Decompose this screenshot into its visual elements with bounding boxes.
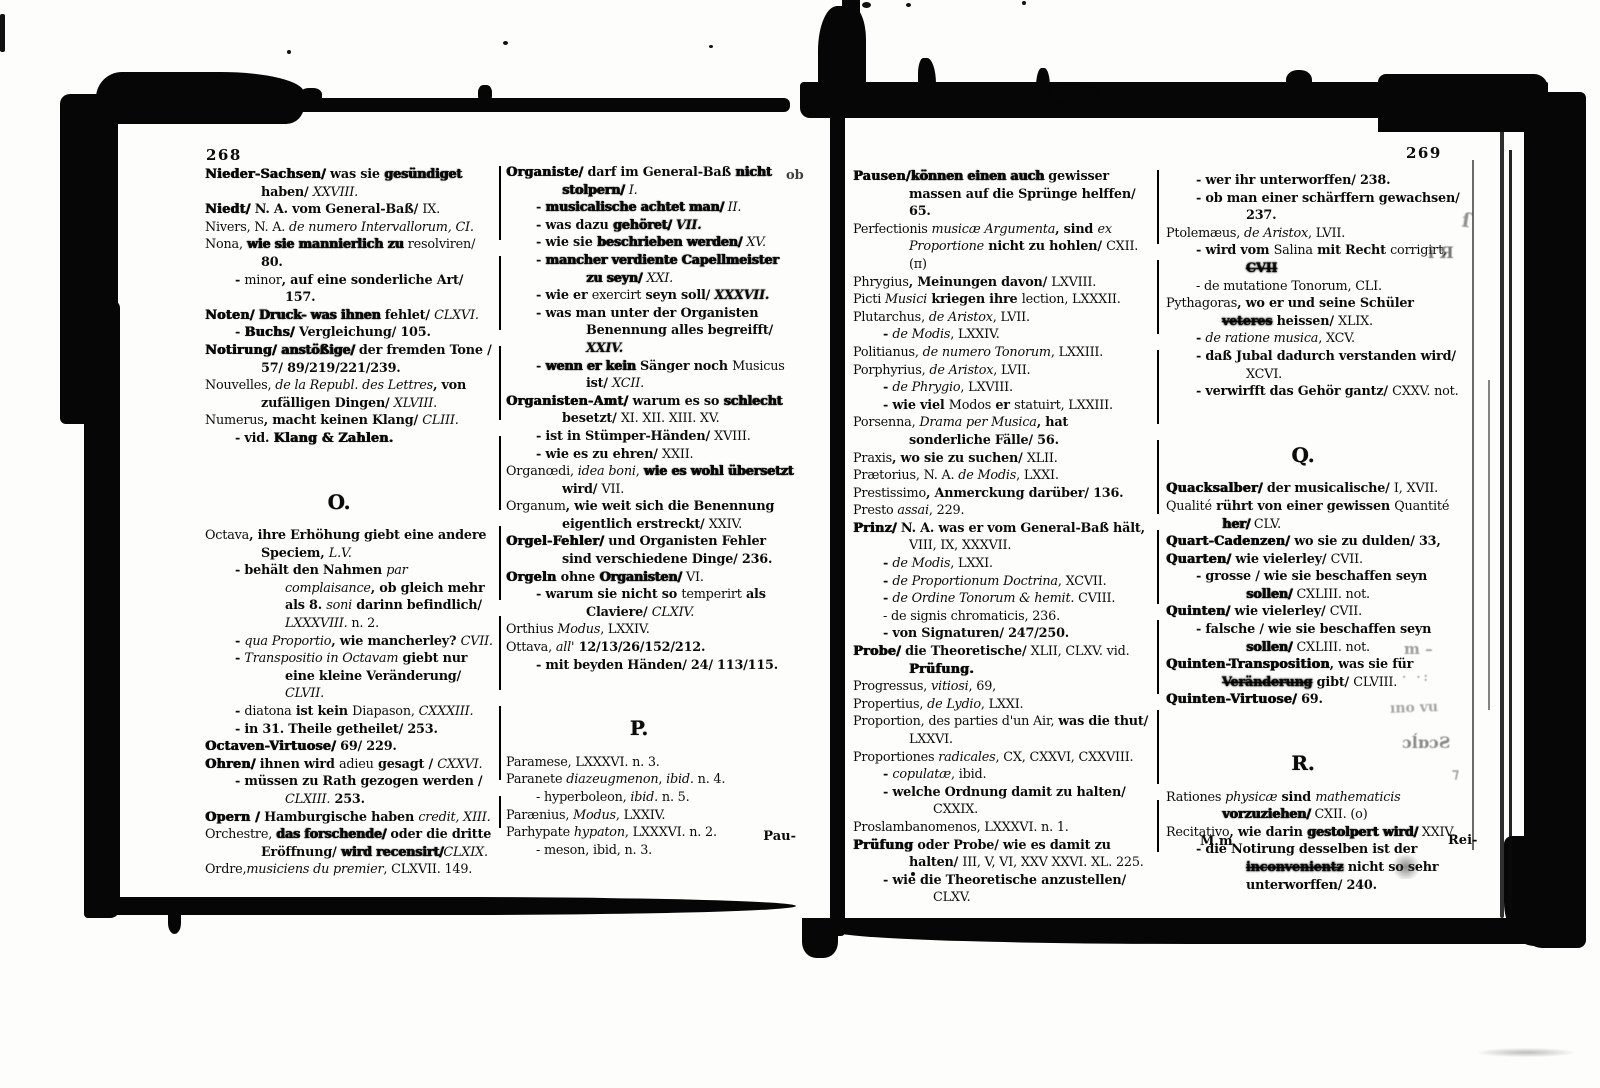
text-run: Proportion: [853, 714, 921, 729]
text-run: III, V, VI, XXV XXVI. XL. 225.: [962, 855, 1143, 870]
binding-streak: [1500, 128, 1504, 918]
text-run: Prætorius: [853, 468, 916, 483]
index-entry: Prinz/ N. A. was er vom General-Baß hält…: [853, 520, 1152, 555]
text-run: , LXXIV.: [600, 622, 649, 637]
text-run: - müssen zu Rath gezogen werden /: [235, 774, 482, 789]
text-run: das forschende/: [276, 827, 386, 842]
text-run: idea boni: [578, 464, 636, 479]
index-entry: Porphyrius, de Aristox, LVII.: [853, 362, 1152, 380]
text-run: XVIII.: [714, 429, 750, 444]
text-run: , wo er und seine Schüler: [1237, 296, 1414, 311]
text-run: 80.: [261, 255, 283, 270]
text-run: darf im General-Baß: [583, 165, 735, 180]
text-run: XXXVII.: [714, 288, 769, 303]
bleed-through-mark: i Я: [1428, 243, 1454, 262]
index-entry: Prestissimo, Anmerckung darüber/ 136.: [853, 485, 1152, 503]
text-run: Vergleichung/ 105.: [295, 325, 431, 340]
column-rule-left-page: [499, 166, 501, 828]
text-run: Organisten/: [599, 570, 681, 585]
text-run: wird recensirt/: [341, 845, 444, 860]
text-run: wie es wohl übersetzt: [644, 464, 794, 479]
signature-mark: M m: [1200, 834, 1233, 849]
index-subentry: - de Ordine Tonorum & hemit. CVIII.: [853, 590, 1152, 608]
text-run: Notirung/: [205, 343, 277, 358]
text-run: - wer ihr unterworffen/ 238.: [1196, 173, 1390, 188]
text-run: wird/: [562, 482, 602, 497]
text-run: Modus: [573, 808, 616, 823]
text-run: CLXVI.: [434, 308, 479, 323]
index-entry: Porsenna, Drama per Musica, hat sonderli…: [853, 414, 1152, 449]
text-run: - in 31. Theile getheilet/ 253.: [235, 722, 438, 737]
text-run: XLIX.: [1338, 314, 1373, 329]
index-entry: Numerus, macht keinen Klang/ CLIII.: [205, 412, 497, 430]
gutter-shadow: [830, 108, 845, 936]
text-run: de Lydio: [927, 697, 981, 712]
index-entry: Orgeln ohne Organisten/ VI.: [506, 569, 796, 587]
text-run: Ottava: [506, 640, 548, 655]
text-run: , LXXI.: [950, 556, 993, 571]
text-run: , LXXXVI. n. 3.: [568, 755, 660, 770]
text-run: -: [235, 273, 244, 288]
index-subentry: - diatona ist kein Diapason, CXXXIII.: [205, 703, 497, 721]
text-run: Qualité: [1166, 499, 1212, 514]
index-entry: Prætorius, N. A. de Modis, LXXI.: [853, 467, 1152, 485]
index-entry: Quarten/ wie vielerley/ CVII.: [1166, 551, 1464, 569]
text-run: CLV.: [1250, 517, 1281, 532]
ink-speck: [503, 41, 508, 45]
index-subentry: - welche Ordnung damit zu halten/ CXXIX.: [853, 784, 1152, 819]
text-run: was sie: [326, 167, 384, 182]
text-run: ,: [915, 345, 923, 360]
text-run: CXLIII. not.: [1296, 640, 1369, 655]
text-run: Quacksalber/: [1166, 481, 1263, 496]
text-run: L.V.: [329, 546, 352, 561]
text-run: Paranete: [506, 772, 562, 787]
index-entry: Opern / Hamburgische haben credit, XIII.: [205, 809, 497, 827]
section-heading: Q.: [1166, 447, 1440, 465]
text-run: , N. A.: [247, 220, 289, 235]
text-run: credit, XIII.: [418, 810, 490, 825]
text-run: , LXXIV.: [950, 327, 999, 342]
bleed-through-mark: ⁊: [1452, 766, 1459, 782]
index-entry: Noten/ Druck- was ihnen fehlet/ CLXVI.: [205, 307, 497, 325]
index-subentry: - wenn er kein Sänger noch Musicus ist/ …: [506, 358, 796, 393]
text-run: , 69,: [969, 679, 997, 694]
ink-smudge: [1390, 855, 1422, 879]
text-run: CLXV.: [933, 890, 970, 905]
index-subentry: - wird vom Salina mit Recht corrigirt, C…: [1166, 242, 1464, 277]
index-subentry: - copulatæ, ibid.: [853, 766, 1152, 784]
text-run: , wie mancherley?: [331, 634, 460, 649]
index-entry: Proslambanomenos, LXXXVI. n. 1.: [853, 819, 1152, 837]
index-subentry: - minor, auf eine sonderliche Art/ 157.: [205, 272, 497, 307]
text-run: vid.: [1103, 644, 1130, 659]
text-run: - de mutatione Tonorum, CLI.: [1196, 279, 1382, 294]
index-subentry: - vid. Klang & Zahlen.: [205, 430, 497, 448]
index-entry: Praxis, wo sie zu suchen/ XLII.: [853, 450, 1152, 468]
text-run: Quart-Cadenzen/: [1166, 534, 1290, 549]
text-run: de la Republ. des Lettres: [275, 378, 433, 393]
text-run: seyn soll/: [641, 288, 714, 303]
text-run: soni: [326, 598, 352, 613]
text-run: Nona: [205, 237, 239, 252]
text-run: Probe/: [853, 644, 901, 659]
scan-border-corner-blob: [1378, 74, 1548, 132]
text-run: vitiosi: [931, 679, 969, 694]
text-run: -: [883, 767, 892, 782]
ink-speck: [911, 872, 915, 876]
text-run: diazeugmenon: [566, 772, 658, 787]
index-entry: Quart-Cadenzen/ wo sie zu dulden/ 33,: [1166, 533, 1464, 551]
text-run: Organœdi: [506, 464, 570, 479]
text-run: nicht zu hohlen/: [984, 239, 1106, 254]
text-run: Picti: [853, 292, 881, 307]
right-page-column-2: - wer ihr unterworffen/ 238.- ob man ein…: [1166, 172, 1464, 894]
index-entry: Orchestre, das forschende/ oder die drit…: [205, 826, 497, 861]
text-run: XLII.: [1027, 451, 1058, 466]
text-run: Buchs/: [244, 325, 294, 340]
index-subentry: - Transpositio in Octavam giebt nur eine…: [205, 650, 497, 703]
text-run: gesagt /: [374, 757, 437, 772]
text-run: - was man unter der Organisten Benennung…: [536, 306, 773, 339]
index-subentry: - qua Proportio, wie mancherley? CVII.: [205, 633, 497, 651]
text-run: , CX, CXXVI, CXXVIII.: [996, 750, 1134, 765]
text-run: gibt/: [1312, 675, 1353, 690]
text-run: Nivers: [205, 220, 247, 235]
text-run: CXXVI.: [437, 757, 482, 772]
text-run: sollen/: [1246, 640, 1292, 655]
text-run: - welche Ordnung damit zu halten/: [883, 785, 1126, 800]
index-entry: Nouvelles, de la Republ. des Lettres, vo…: [205, 377, 497, 412]
text-run: - daß Jubal dadurch verstanden wird/: [1196, 349, 1456, 364]
ink-speck: [862, 2, 871, 8]
text-run: -: [235, 634, 244, 649]
index-entry: Organœdi, idea boni, wie es wohl überset…: [506, 463, 796, 498]
bleed-through-mark: · ·:: [1402, 670, 1431, 684]
scan-border-bottom-band: [88, 897, 796, 915]
text-run: Klang & Zahlen.: [274, 431, 394, 446]
text-run: Paramese: [506, 755, 568, 770]
index-entry: Niedt/ N. A. vom General-Baß/ IX.: [205, 201, 497, 219]
index-subentry: - ob man einer schärffern gewachsen/ 237…: [1166, 190, 1464, 225]
text-run: Prinz/: [853, 521, 897, 536]
text-run: Musici: [885, 292, 927, 307]
text-run: , LXXIII.: [1051, 345, 1103, 360]
text-run: Rationes: [1166, 790, 1221, 805]
text-run: - mit beyden Händen/ 24/ 113/115.: [536, 658, 778, 673]
text-run: Orgel-Fehler/: [506, 534, 604, 549]
index-entry: Ohren/ ihnen wird adieu gesagt / CXXVI.: [205, 756, 497, 774]
index-subentry: - Buchs/ Vergleichung/ 105.: [205, 324, 497, 342]
text-run: er: [991, 398, 1014, 413]
text-run: - ist in Stümper-Händen/: [536, 429, 714, 444]
text-run: , LXXXVI. n. 1.: [977, 820, 1069, 835]
text-run: CVII.: [1331, 552, 1363, 567]
bleed-through-mark: ɔĺɒɔƧ: [1402, 733, 1450, 752]
text-run: assai: [897, 503, 929, 518]
index-subentry: - was man unter der Organisten Benennung…: [506, 305, 796, 358]
text-run: Orthius: [506, 622, 554, 637]
scan-border-top-band: [108, 98, 790, 112]
text-run: XCVI.: [1246, 367, 1282, 382]
text-run: I.: [629, 183, 638, 198]
text-run: CXLIII. not.: [1296, 587, 1369, 602]
text-run: ,: [548, 640, 556, 655]
index-entry: Politianus, de numero Tonorum, LXXIII.: [853, 344, 1152, 362]
text-run: Parænius: [506, 808, 565, 823]
left-page-column-2: Organiste/ darf im General-Baß nicht sto…: [506, 164, 796, 859]
text-run: XV.: [746, 235, 766, 250]
text-run: - von Signaturen/ 247/250.: [883, 626, 1069, 641]
index-entry: Perfectionis musicæ Argumenta, sind ex P…: [853, 221, 1152, 274]
text-run: n. 2.: [348, 616, 379, 631]
text-run: darinn befindlich/: [352, 598, 482, 613]
text-run: CXXV. not.: [1392, 384, 1458, 399]
index-entry: Propertius, de Lydio, LXXI.: [853, 696, 1152, 714]
text-run: - warum sie nicht so: [536, 587, 681, 602]
text-run: Hamburgische haben: [260, 810, 419, 825]
text-run: Quarten/: [1166, 552, 1231, 567]
text-run: sind: [1277, 790, 1315, 805]
index-subentry: - de mutatione Tonorum, CLI.: [1166, 278, 1464, 296]
index-entry: Rationes physicæ sind mathematicis vorzu…: [1166, 789, 1464, 824]
text-run: I, XVII.: [1394, 481, 1438, 496]
text-run: Nieder-Sachsen/: [205, 167, 326, 182]
text-run: - ob man einer schärffern gewachsen/ 237…: [1196, 191, 1460, 224]
text-run: ,: [268, 827, 276, 842]
text-run: Plutarchus: [853, 310, 921, 325]
text-run: physicæ: [1225, 790, 1277, 805]
index-entry: Orthius Modus, LXXIV.: [506, 621, 796, 639]
right-page-column-1: Pausen/können einen auch gewisser massen…: [853, 168, 1152, 907]
text-run: - wie er: [536, 288, 592, 303]
text-run: , LXXIV.: [616, 808, 665, 823]
scan-border-bottom-band: [832, 918, 1548, 944]
index-subentry: - wer ihr unterworffen/ 238.: [1166, 172, 1464, 190]
text-run: Quantité: [1394, 499, 1449, 514]
text-run: gestolpert wird/: [1307, 825, 1418, 840]
index-entry: Orgel-Fehler/ und Organisten Fehler sind…: [506, 533, 796, 568]
text-run: , XCV.: [1318, 331, 1355, 346]
text-run: Diapason,: [352, 704, 418, 719]
index-entry: Quinten/ wie vielerley/ CVII.: [1166, 603, 1464, 621]
text-run: Parhypate: [506, 825, 570, 840]
text-run: de Proportionum Doctrina: [892, 574, 1057, 589]
text-run: Politianus: [853, 345, 915, 360]
index-subentry: - mancher verdiente Capellmeister zu sey…: [506, 252, 796, 287]
text-run: VIII, IX, XXXVII.: [909, 538, 1011, 553]
text-run: Prestissimo: [853, 486, 926, 501]
index-entry: Nivers, N. A. de numero Intervallorum, C…: [205, 219, 497, 237]
text-run: ist kein: [292, 704, 353, 719]
text-run: CLXIX.: [443, 845, 487, 860]
index-entry: Pausen/können einen auch gewisser massen…: [853, 168, 1152, 221]
index-subentry: - de Phrygio, LXVIII.: [853, 379, 1152, 397]
text-run: Ordre,: [205, 862, 246, 877]
index-entry: Proportiones radicales, CX, CXXVI, CXXVI…: [853, 749, 1152, 767]
text-run: Pythagoras: [1166, 296, 1237, 311]
text-run: Porphyrius: [853, 363, 922, 378]
text-run: CVII.: [1330, 604, 1362, 619]
text-run: radicales: [938, 750, 995, 765]
text-run: wie sie mannierlich zu: [247, 237, 408, 252]
text-run: Nouvelles: [205, 378, 267, 393]
text-run: Niedt/: [205, 202, 250, 217]
text-run: ,: [239, 237, 247, 252]
text-run: , Anmerckung darüber/ 136.: [926, 486, 1123, 501]
text-run: de Ordine Tonorum & hemit.: [892, 591, 1074, 606]
text-run: de numero Tonorum: [923, 345, 1051, 360]
text-run: de ratione musica: [1205, 331, 1318, 346]
text-run: warum es so: [628, 394, 723, 409]
text-run: - was dazu: [536, 218, 613, 233]
index-entry: Paramese, LXXXVI. n. 3.: [506, 754, 796, 772]
catchword-left-page: Pau-: [700, 829, 796, 844]
text-run: Proslambanomenos: [853, 820, 977, 835]
index-entry: Quacksalber/ der musicalische/ I, XVII.: [1166, 480, 1464, 498]
index-subentry: - von Signaturen/ 247/250.: [853, 625, 1152, 643]
text-run: mathematicis: [1315, 790, 1400, 805]
text-run: rührt von einer gewissen: [1212, 499, 1394, 514]
text-run: CXXIX.: [933, 802, 978, 817]
text-run: -: [536, 359, 545, 374]
text-run: CLVII.: [285, 686, 324, 701]
text-run: - wie viel: [883, 398, 949, 413]
text-run: -: [536, 253, 545, 268]
page-number-right: 269: [1406, 144, 1442, 162]
index-subentry: - wie die Theoretische anzustellen/ CLXV…: [853, 872, 1152, 907]
text-run: CXXXIII.: [419, 704, 474, 719]
text-run: n. 5.: [658, 790, 689, 805]
text-run: , ibid.: [951, 767, 986, 782]
index-entry: Ptolemæus, de Aristox, LVII.: [1166, 225, 1464, 243]
ink-speck: [0, 14, 5, 52]
text-run: n. 4.: [694, 772, 725, 787]
index-entry: Parænius, Modus, LXXIV.: [506, 807, 796, 825]
text-run: Perfectionis: [853, 222, 928, 237]
text-run: CVII.: [461, 634, 493, 649]
text-run: LXVIII.: [1051, 275, 1096, 290]
text-run: sollen/: [1246, 587, 1292, 602]
text-run: Organisten-Amt/: [506, 394, 628, 409]
text-run: musiciens du premier: [246, 862, 383, 877]
text-run: CXII. (o): [1311, 807, 1368, 822]
index-entry: Presto assai, 229.: [853, 502, 1152, 520]
text-run: wenn er kein: [545, 359, 635, 374]
text-run: Quinten-Virtuose/: [1166, 692, 1297, 707]
text-run: ,: [1236, 226, 1244, 241]
index-subentry: - wie viel Modos er statuirt, LXXIII.: [853, 397, 1152, 415]
text-run: adieu: [339, 757, 374, 772]
text-run: -: [235, 651, 244, 666]
text-run: der musicalische/: [1263, 481, 1394, 496]
text-run: - vid.: [235, 431, 274, 446]
text-run: musicalische achtet man/: [545, 200, 723, 215]
text-run: diatona: [244, 704, 291, 719]
index-entry: Pythagoras, wo er und seine Schüler vete…: [1166, 295, 1464, 330]
text-run: Ptolemæus: [1166, 226, 1236, 241]
index-entry: Progressus, vitiosi, 69,: [853, 678, 1152, 696]
text-run: - grosse / wie sie beschaffen seyn: [1196, 569, 1427, 584]
text-run: , des parties d'un Air,: [921, 714, 1059, 729]
text-run: , LVII.: [993, 310, 1030, 325]
text-run: de numero Intervallorum: [289, 220, 448, 235]
text-run: XLII, CLXV.: [1031, 644, 1103, 659]
text-run: CLVIII.: [1353, 675, 1397, 690]
scan-border-blob: [918, 58, 936, 110]
text-run: - falsche / wie sie beschaffen seyn: [1196, 622, 1431, 637]
text-run: Organiste/: [506, 165, 583, 180]
text-run: - wie sie: [536, 235, 597, 250]
text-run: Orgeln: [506, 570, 556, 585]
text-run: XCII.: [612, 376, 644, 391]
bleed-through-mark: m –: [1404, 640, 1433, 658]
cut-off-text: ob: [786, 168, 804, 183]
text-run: Porsenna: [853, 415, 912, 430]
text-run: -: [235, 704, 244, 719]
text-run: - wie die Theoretische anzustellen/: [883, 873, 1126, 888]
text-run: - verwirfft das Gehör gantz/: [1196, 384, 1392, 399]
binding-streak: [1472, 160, 1474, 850]
text-run: -: [1196, 331, 1205, 346]
index-entry: Nona, wie sie mannierlich zu resolviren/…: [205, 236, 497, 271]
text-run: 12/13/26/152/212.: [574, 640, 705, 655]
text-run: exercirt: [592, 288, 641, 303]
text-run: Numerus: [205, 413, 264, 428]
text-run: XXIV.: [586, 341, 623, 356]
text-run: R.: [1291, 751, 1314, 775]
text-run: veteres: [1222, 314, 1272, 329]
text-run: -: [883, 556, 892, 571]
text-run: , wie weit sich die Benennung eigentlich…: [562, 499, 774, 532]
text-run: -: [883, 574, 892, 589]
text-run: ,: [919, 697, 927, 712]
text-run: P.: [630, 716, 648, 740]
index-subentry: - de Modis, LXXIV.: [853, 326, 1152, 344]
index-entry: Picti Musici kriegen ihre lection, LXXXI…: [853, 291, 1152, 309]
text-run: Quinten-Transposition: [1166, 657, 1330, 672]
ink-speck: [287, 50, 291, 54]
text-run: lection: [1022, 292, 1065, 307]
text-run: LXXVI.: [909, 732, 953, 747]
text-run: , LXXI.: [1016, 468, 1059, 483]
page-number-left: 268: [206, 146, 242, 164]
index-subentry: - verwirfft das Gehör gantz/ CXXV. not.: [1166, 383, 1464, 401]
index-subentry: - de Modis, LXXI.: [853, 555, 1152, 573]
index-subentry: - behält den Nahmen par complaisance, ob…: [205, 562, 497, 632]
index-subentry: - müssen zu Rath gezogen werden / CLXIII…: [205, 773, 497, 808]
text-run: - de signis chromaticis, 236.: [883, 609, 1060, 624]
index-subentry: - warum sie nicht so temperirt als Clavi…: [506, 586, 796, 621]
text-run: , 229.: [929, 503, 964, 518]
text-run: Ohren/: [205, 757, 256, 772]
text-run: vorzuziehen/: [1222, 807, 1311, 822]
text-run: Proportiones: [853, 750, 934, 765]
index-entry: Octaven-Virtuose/ 69/ 229.: [205, 738, 497, 756]
text-run: wie vielerley/: [1231, 552, 1330, 567]
text-run: Octava: [205, 528, 249, 543]
text-run: N. A. was er vom General-Baß hält,: [897, 521, 1145, 536]
text-run: beschrieben werden/: [597, 235, 742, 250]
ink-speck: [709, 45, 713, 48]
text-run: CLXIV.: [652, 605, 694, 620]
text-run: heissen/: [1272, 314, 1338, 329]
text-run: ,: [570, 464, 578, 479]
text-run: , N. A.: [916, 468, 958, 483]
text-run: -: [883, 380, 892, 395]
scan-border-left-strip: [84, 300, 120, 918]
index-subentry: - musicalische achtet man/ II.: [506, 199, 796, 217]
